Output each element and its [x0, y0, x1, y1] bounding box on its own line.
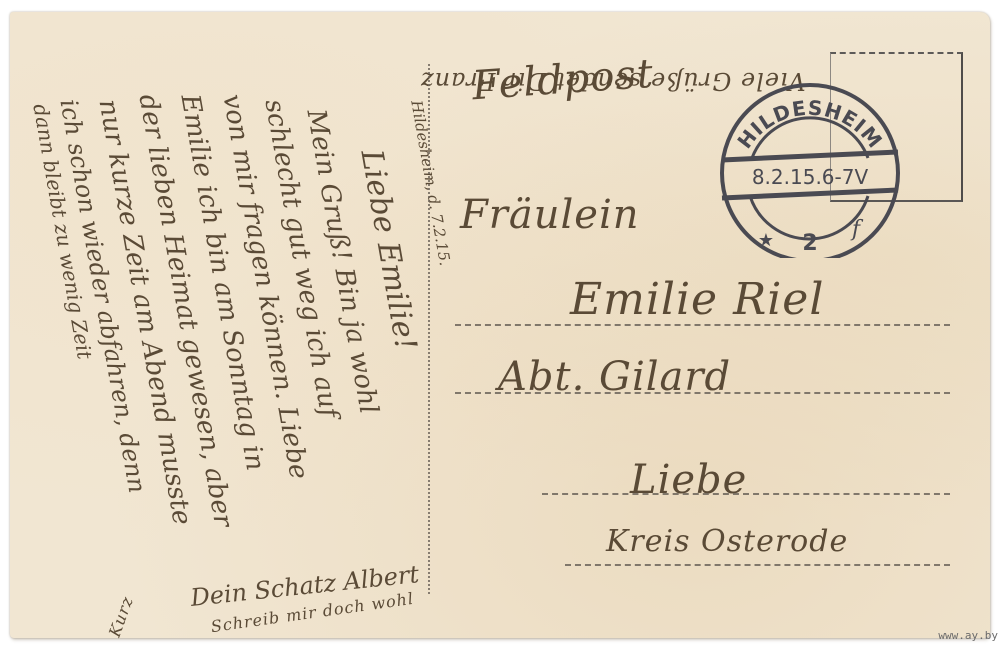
feldpost-heading: Feldpost [471, 51, 656, 110]
postmark-date: 8.2.15.6-7V [752, 165, 869, 189]
corner-note: Kurz [105, 594, 137, 640]
letter-text-area: Hildesheim, d. 7.2.15. Liebe Emilie! Mei… [30, 37, 430, 627]
address-district: Kreis Osterode [606, 524, 848, 559]
address-line-2 [455, 392, 950, 394]
address-town: Liebe [630, 457, 747, 503]
postmark-number: 2 [802, 231, 817, 256]
address-line-3 [542, 493, 950, 495]
address-line-1 [455, 324, 950, 326]
postmark-letter: f [850, 217, 864, 242]
card-divider [428, 64, 430, 594]
letter-header: Hildesheim, d. 7.2.15. [407, 99, 454, 267]
star-icon: ★ [758, 230, 774, 251]
postcard: Hildesheim, d. 7.2.15. Liebe Emilie! Mei… [10, 12, 990, 638]
address-salutation: Fräulein [460, 192, 640, 238]
watermark: www.ay.by [938, 629, 998, 642]
address-name: Emilie Riel [570, 274, 824, 325]
address-line-4 [565, 564, 950, 566]
postmark: HILDESHEIM 8.2.15.6-7V ★ 2 f [710, 78, 910, 258]
